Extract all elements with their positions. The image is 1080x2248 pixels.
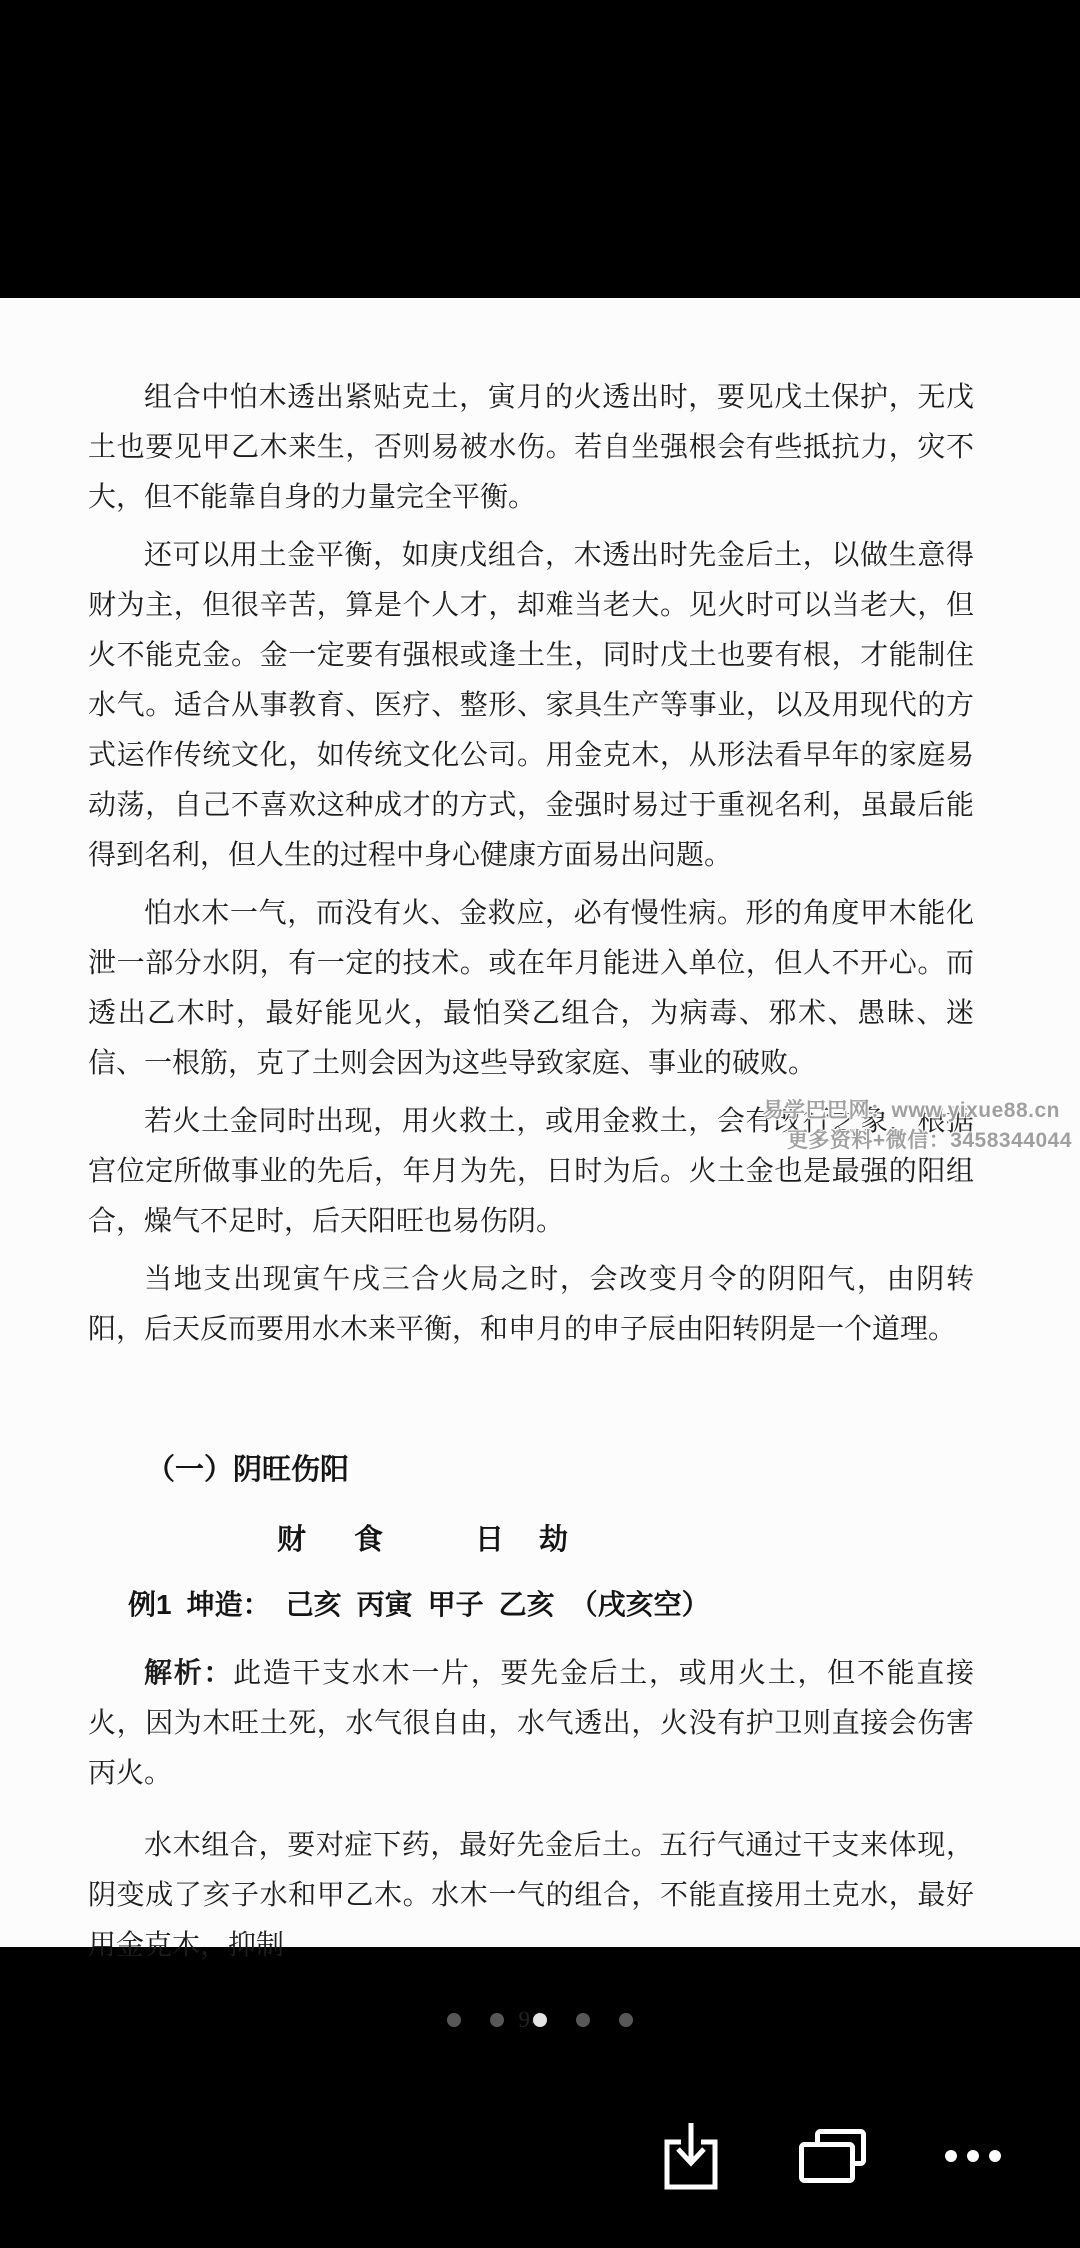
pillar-month: 丙寅 bbox=[357, 1580, 413, 1630]
pager-dot[interactable] bbox=[447, 2013, 461, 2027]
pillar-year: 己亥 bbox=[286, 1580, 342, 1630]
pillar-label-cai: 财 bbox=[277, 1524, 306, 1556]
duplicate-icon bbox=[799, 2129, 867, 2183]
reader-screen: 组合中怕木透出紧贴克土，寅月的火透出时，要见戊土保护，无戊土也要见甲乙木来生，否… bbox=[0, 0, 1080, 2248]
paragraph: 怕水木一气，而没有火、金救应，必有慢性病。形的角度甲木能化泄一部分水阴，有一定的… bbox=[88, 889, 974, 1089]
pager-dot[interactable] bbox=[576, 2013, 590, 2027]
paragraph: 当地支出现寅午戌三合火局之时，会改变月令的阴阳气，由阴转阳，后天反而要用水木来平… bbox=[88, 1255, 974, 1355]
pillar-day: 甲子 bbox=[428, 1580, 484, 1630]
pillar-labels-row: 财食日劫 bbox=[88, 1515, 974, 1565]
more-icon bbox=[944, 2149, 1002, 2163]
analysis-paragraph: 解析：此造干支水木一片，要先金后土，或用火土，但不能直接火，因为木旺土死，水气很… bbox=[88, 1648, 974, 1799]
more-button[interactable] bbox=[944, 2149, 1002, 2163]
analysis-label: 解析： bbox=[144, 1657, 233, 1688]
download-icon bbox=[662, 2120, 720, 2190]
pillar-label-ri: 日 bbox=[475, 1524, 504, 1556]
pillar-hour: 乙亥 bbox=[499, 1580, 555, 1630]
example-label: 例1 bbox=[128, 1580, 172, 1630]
paragraph: 组合中怕木透出紧贴克土，寅月的火透出时，要见戊土保护，无戊土也要见甲乙木来生，否… bbox=[88, 373, 974, 523]
pillar-label-jie: 劫 bbox=[539, 1524, 568, 1556]
pillar-label-shi: 食 bbox=[354, 1524, 383, 1556]
download-button[interactable] bbox=[662, 2120, 720, 2190]
example-line: 例1 坤造： 己亥 丙寅 甲子 乙亥 （戌亥空） bbox=[128, 1580, 974, 1630]
watermark-line2: 更多资料+微信：3458344044 bbox=[787, 1126, 1072, 1156]
paragraph: 水木组合，要对症下药，最好先金后土。五行气通过干支来体现，阴变成了亥子水和甲乙木… bbox=[88, 1821, 974, 1971]
paragraph: 还可以用土金平衡，如庚戊组合，木透出时先金后土，以做生意得财为主，但很辛苦，算是… bbox=[88, 531, 974, 881]
watermark-line1: 易学巴巴网：www.yixue88.cn bbox=[763, 1096, 1060, 1126]
void-note: （戌亥空） bbox=[570, 1580, 710, 1630]
pager-dots bbox=[0, 2013, 1080, 2027]
pager-dot[interactable] bbox=[490, 2013, 504, 2027]
example-subject: 坤造： bbox=[187, 1580, 271, 1630]
pager-dot[interactable] bbox=[619, 2013, 633, 2027]
section-heading: （一）阴旺伤阳 bbox=[146, 1445, 974, 1495]
pager-dot[interactable] bbox=[533, 2013, 547, 2027]
duplicate-button[interactable] bbox=[799, 2129, 867, 2183]
book-page: 组合中怕木透出紧贴克土，寅月的火透出时，要见戊土保护，无戊土也要见甲乙木来生，否… bbox=[0, 298, 1080, 1947]
